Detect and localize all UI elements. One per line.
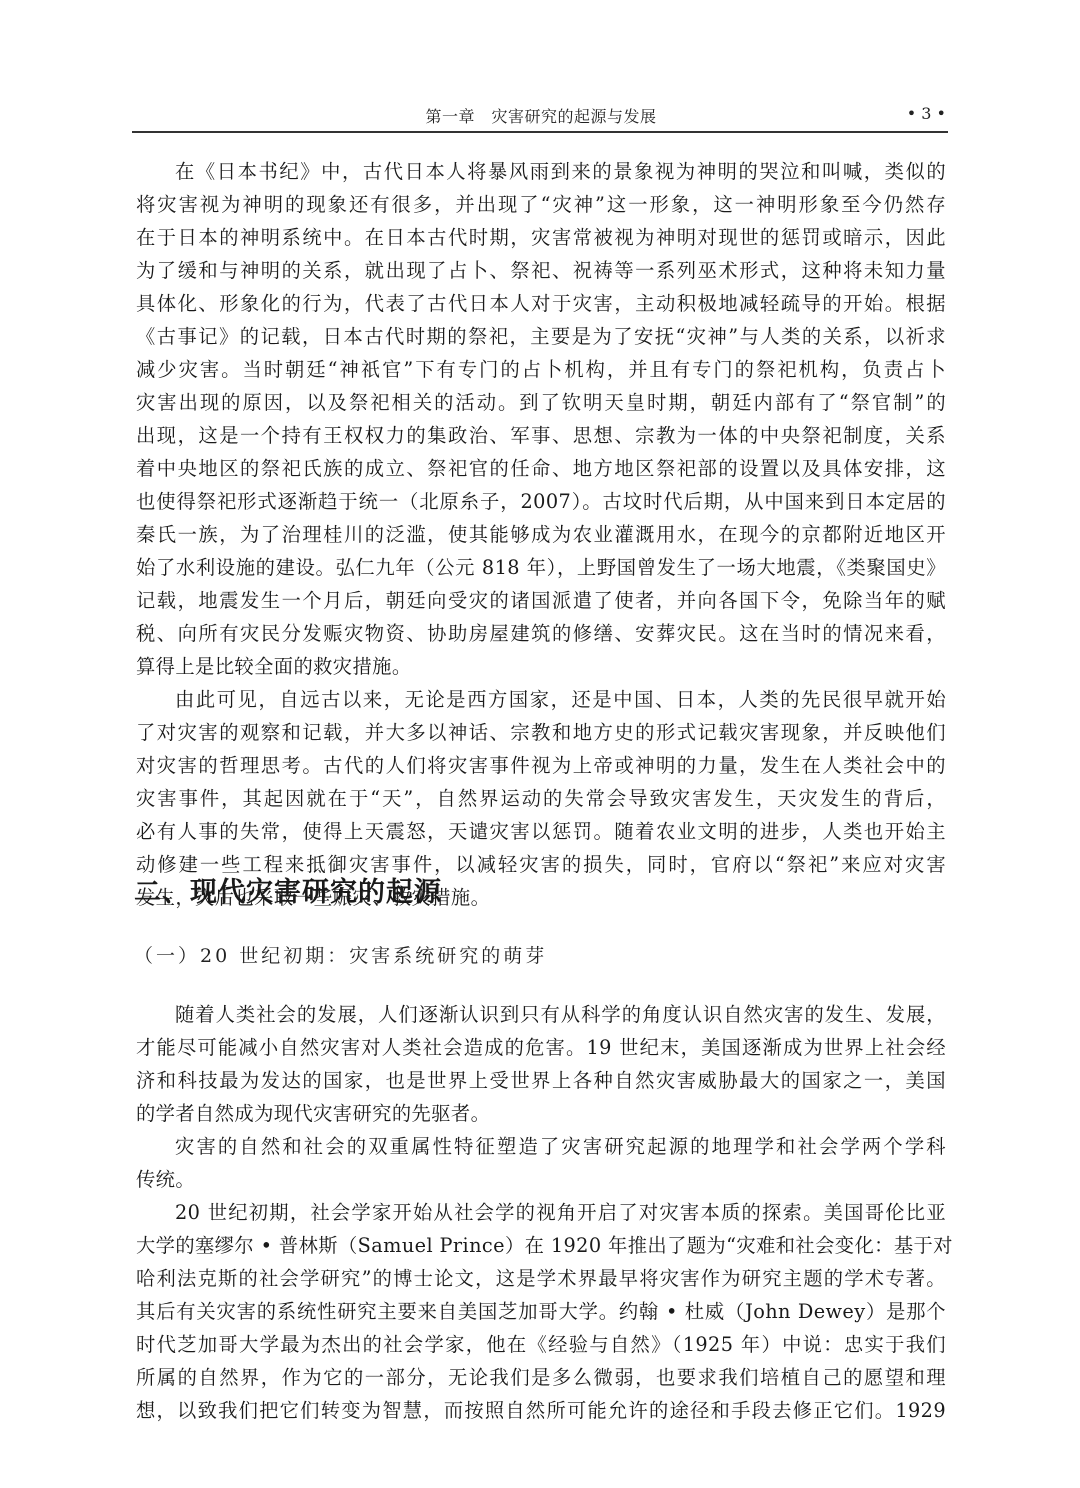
text-line: 税、向所有灾民分发赈灾物资、协助房屋建筑的修缮、安葬灾民。这在当时的情况来看， bbox=[136, 622, 946, 646]
text-line: 才能尽可能减小自然灾害对人类社会造成的危害。19 世纪末，美国逐渐成为世界上社会… bbox=[136, 1036, 946, 1060]
text-line: 在于日本的神明系统中。在日本古代时期，灾害常被视为神明对现世的惩罚或暗示，因此 bbox=[136, 226, 946, 250]
text-line: 也使得祭祀形式逐渐趋于统一（北原糸子，2007）。古坟时代后期，从中国来到日本定… bbox=[136, 490, 946, 514]
text-line: 着中央地区的祭祀氏族的成立、祭祀官的任命、地方地区祭祀部的设置以及具体安排，这 bbox=[136, 457, 946, 481]
text-line: 由此可见，自远古以来，无论是西方国家，还是中国、日本，人类的先民很早就开始 bbox=[175, 688, 946, 712]
subsection-heading: （一）20 世纪初期：灾害系统研究的萌芽 bbox=[134, 941, 547, 968]
running-header: 第一章 灾害研究的起源与发展 • 3 • bbox=[134, 104, 948, 130]
text-line: 《古事记》的记载，日本古代时期的祭祀，主要是为了安抚“灾神”与人类的关系，以祈求 bbox=[136, 325, 946, 349]
text-line: 所属的自然界，作为它的一部分，无论我们是多么微弱，也要求我们培植自己的愿望和理 bbox=[136, 1366, 946, 1390]
text-line: 出现，这是一个持有王权权力的集政治、军事、思想、宗教为一体的中央祭祀制度，关系 bbox=[136, 424, 946, 448]
text-line: 将灾害视为神明的现象还有很多，并出现了“灾神”这一形象，这一神明形象至今仍然存 bbox=[136, 193, 946, 217]
text-line: 哈利法克斯的社会学研究”的博士论文，这是学术界最早将灾害作为研究主题的学术专著。 bbox=[136, 1267, 946, 1291]
text-line: 具体化、形象化的行为，代表了古代日本人对于灾害，主动积极地减轻疏导的开始。根据 bbox=[136, 292, 946, 316]
text-line: 灾害的自然和社会的双重属性特征塑造了灾害研究起源的地理学和社会学两个学科 bbox=[175, 1135, 946, 1159]
text-line: 秦氏一族，为了治理桂川的泛滥，使其能够成为农业灌溉用水，在现今的京都附近地区开 bbox=[136, 523, 946, 547]
section-heading: 二、现代灾害研究的起源 bbox=[134, 870, 442, 909]
text-line: 想，以致我们把它们转变为智慧，而按照自然所可能允许的途径和手段去修正它们。192… bbox=[136, 1399, 946, 1423]
text-line: 大学的塞缪尔 • 普林斯（Samuel Prince）在 1920 年推出了题为… bbox=[136, 1234, 946, 1258]
text-line: 随着人类社会的发展，人们逐渐认识到只有从科学的角度认识自然灾害的发生、发展， bbox=[175, 1003, 946, 1027]
text-line: 了对灾害的观察和记载，并大多以神话、宗教和地方史的形式记载灾害现象，并反映他们 bbox=[136, 721, 946, 745]
text-line: 其后有关灾害的系统性研究主要来自美国芝加哥大学。约翰 • 杜威（John Dew… bbox=[136, 1300, 946, 1324]
text-line: 时代芝加哥大学最为杰出的社会学家，他在《经验与自然》（1925 年）中说：忠实于… bbox=[136, 1333, 946, 1357]
text-line: 在《日本书纪》中，古代日本人将暴风雨到来的景象视为神明的哭泣和叫喊，类似的 bbox=[175, 160, 946, 184]
text-line: 减少灾害。当时朝廷“神祇官”下有专门的占卜机构，并且有专门的祭祀机构，负责占卜 bbox=[136, 358, 946, 382]
text-line: 灾害出现的原因，以及祭祀相关的活动。到了钦明天皇时期，朝廷内部有了“祭官制”的 bbox=[136, 391, 946, 415]
text-line: 济和科技最为发达的国家，也是世界上受世界上各种自然灾害威胁最大的国家之一，美国 bbox=[136, 1069, 946, 1093]
page-number: • 3 • bbox=[907, 104, 946, 123]
text-line: 算得上是比较全面的救灾措施。 bbox=[136, 655, 946, 679]
text-line: 对灾害的哲理思考。古代的人们将灾害事件视为上帝或神明的力量，发生在人类社会中的 bbox=[136, 754, 946, 778]
text-line: 20 世纪初期，社会学家开始从社会学的视角开启了对灾害本质的探索。美国哥伦比亚 bbox=[175, 1201, 946, 1225]
chapter-title: 第一章 灾害研究的起源与发展 bbox=[134, 104, 948, 127]
header-rule bbox=[132, 131, 948, 133]
text-line: 传统。 bbox=[136, 1168, 946, 1192]
text-line: 记载，地震发生一个月后，朝廷向受灾的诸国派遣了使者，并向各国下令，免除当年的赋 bbox=[136, 589, 946, 613]
text-line: 为了缓和与神明的关系，就出现了占卜、祭祀、祝祷等一系列巫术形式，这种将未知力量 bbox=[136, 259, 946, 283]
text-line: 的学者自然成为现代灾害研究的先驱者。 bbox=[136, 1102, 946, 1126]
text-line: 始了水利设施的建设。弘仁九年（公元 818 年），上野国曾发生了一场大地震，《类… bbox=[136, 556, 946, 580]
text-line: 必有人事的失常，使得上天震怒，天谴灾害以惩罚。随着农业文明的进步，人类也开始主 bbox=[136, 820, 946, 844]
text-line: 灾害事件，其起因就在于“天”，自然界运动的失常会导致灾害发生，天灾发生的背后， bbox=[136, 787, 946, 811]
